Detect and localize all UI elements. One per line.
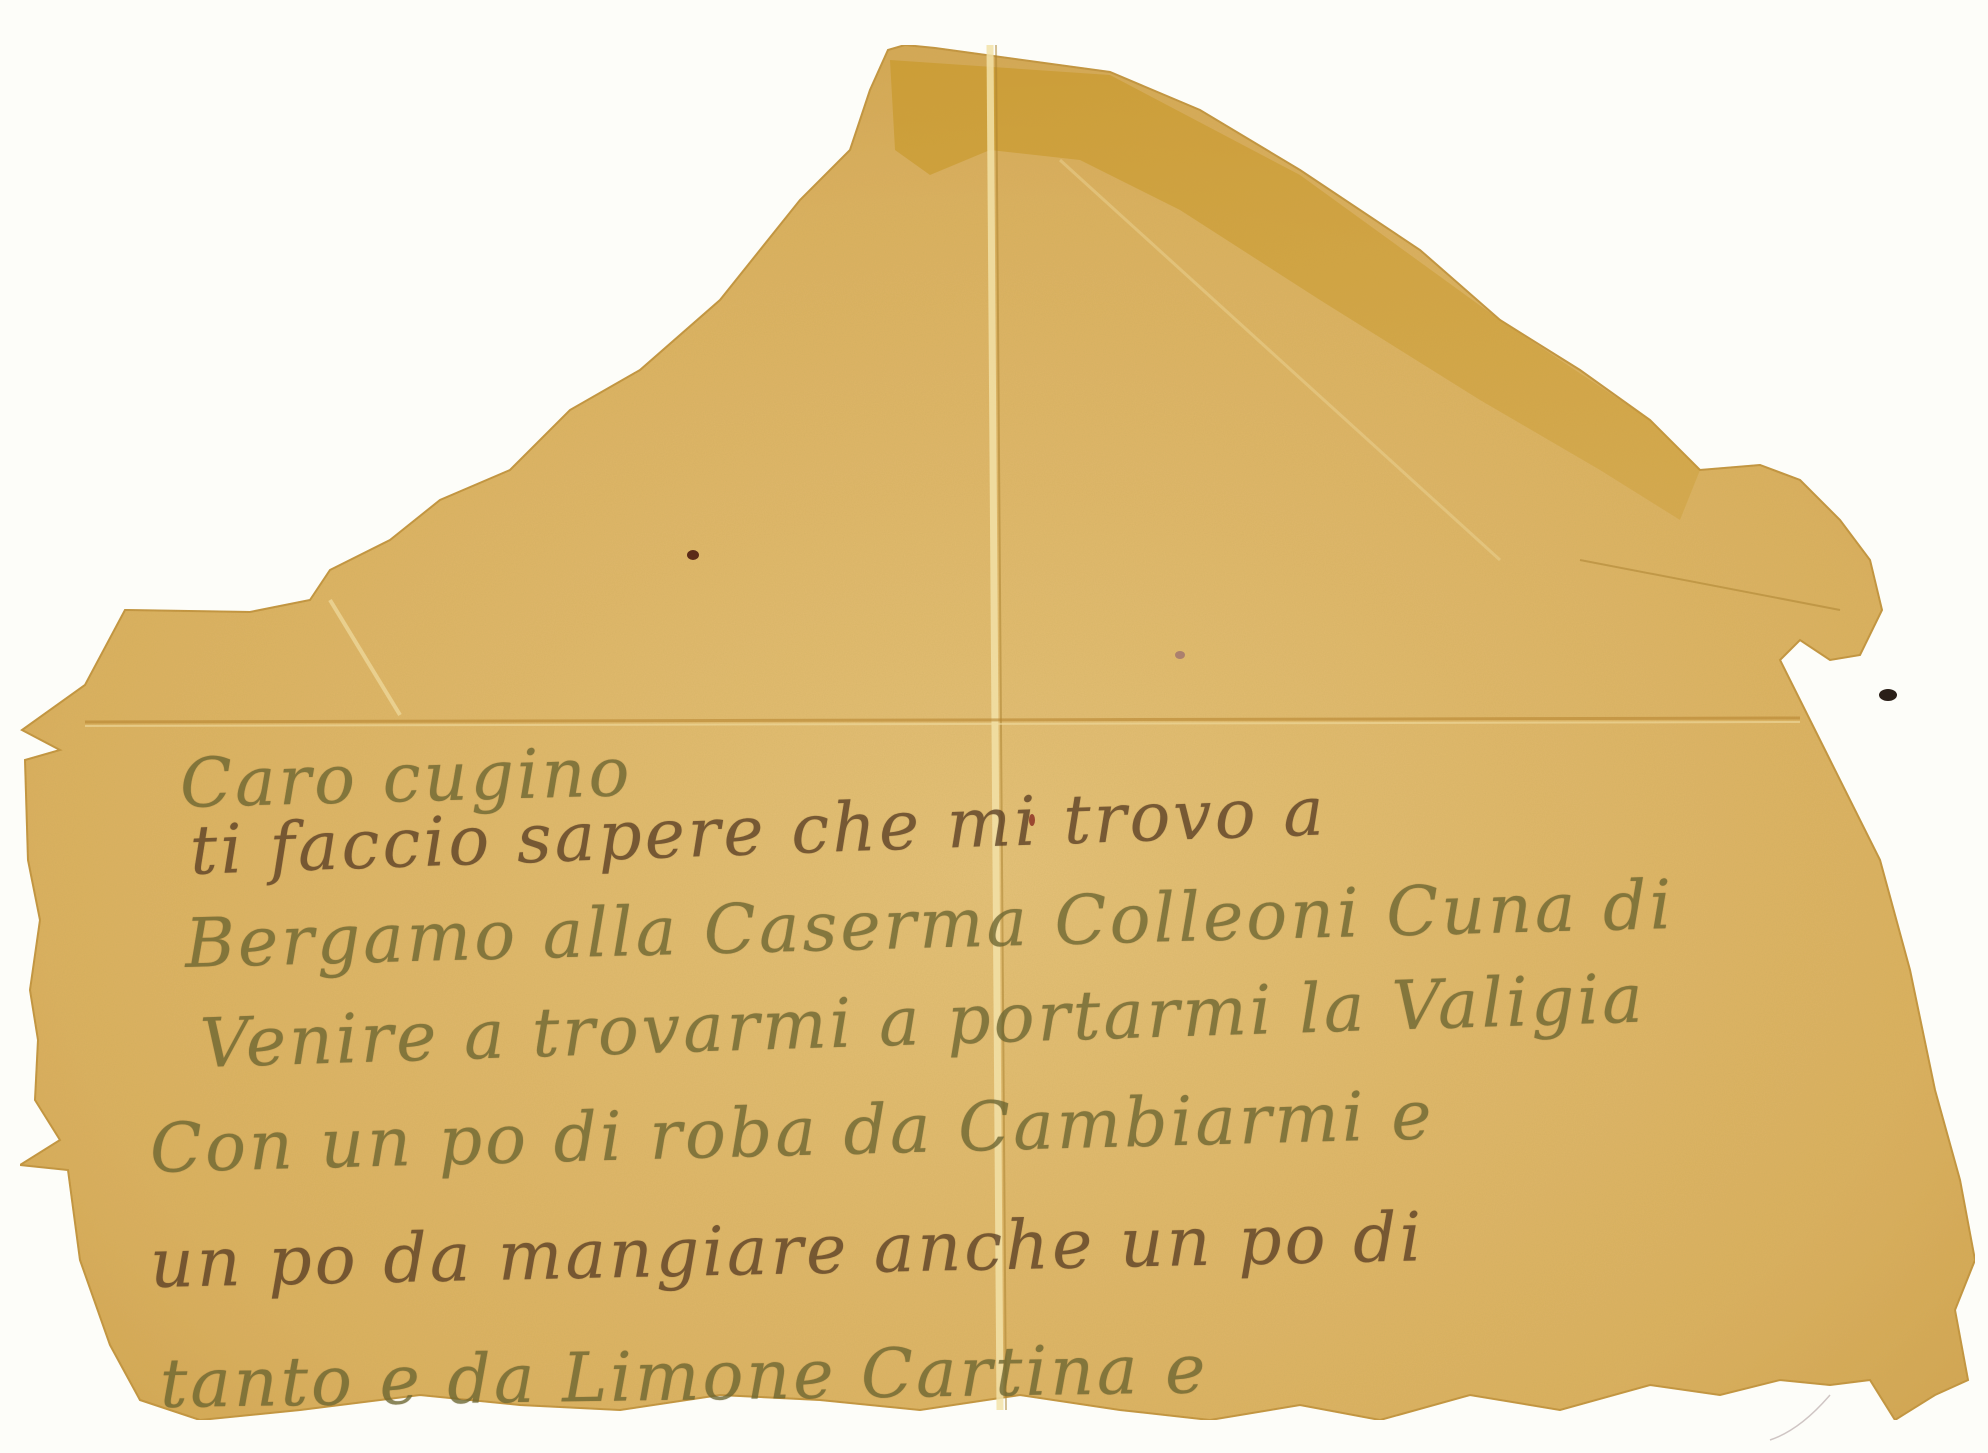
dirt-speck bbox=[1879, 689, 1897, 701]
ink-spot bbox=[687, 550, 699, 560]
letter-line-7: tanto e da Limone Cartina e bbox=[159, 1330, 1208, 1424]
